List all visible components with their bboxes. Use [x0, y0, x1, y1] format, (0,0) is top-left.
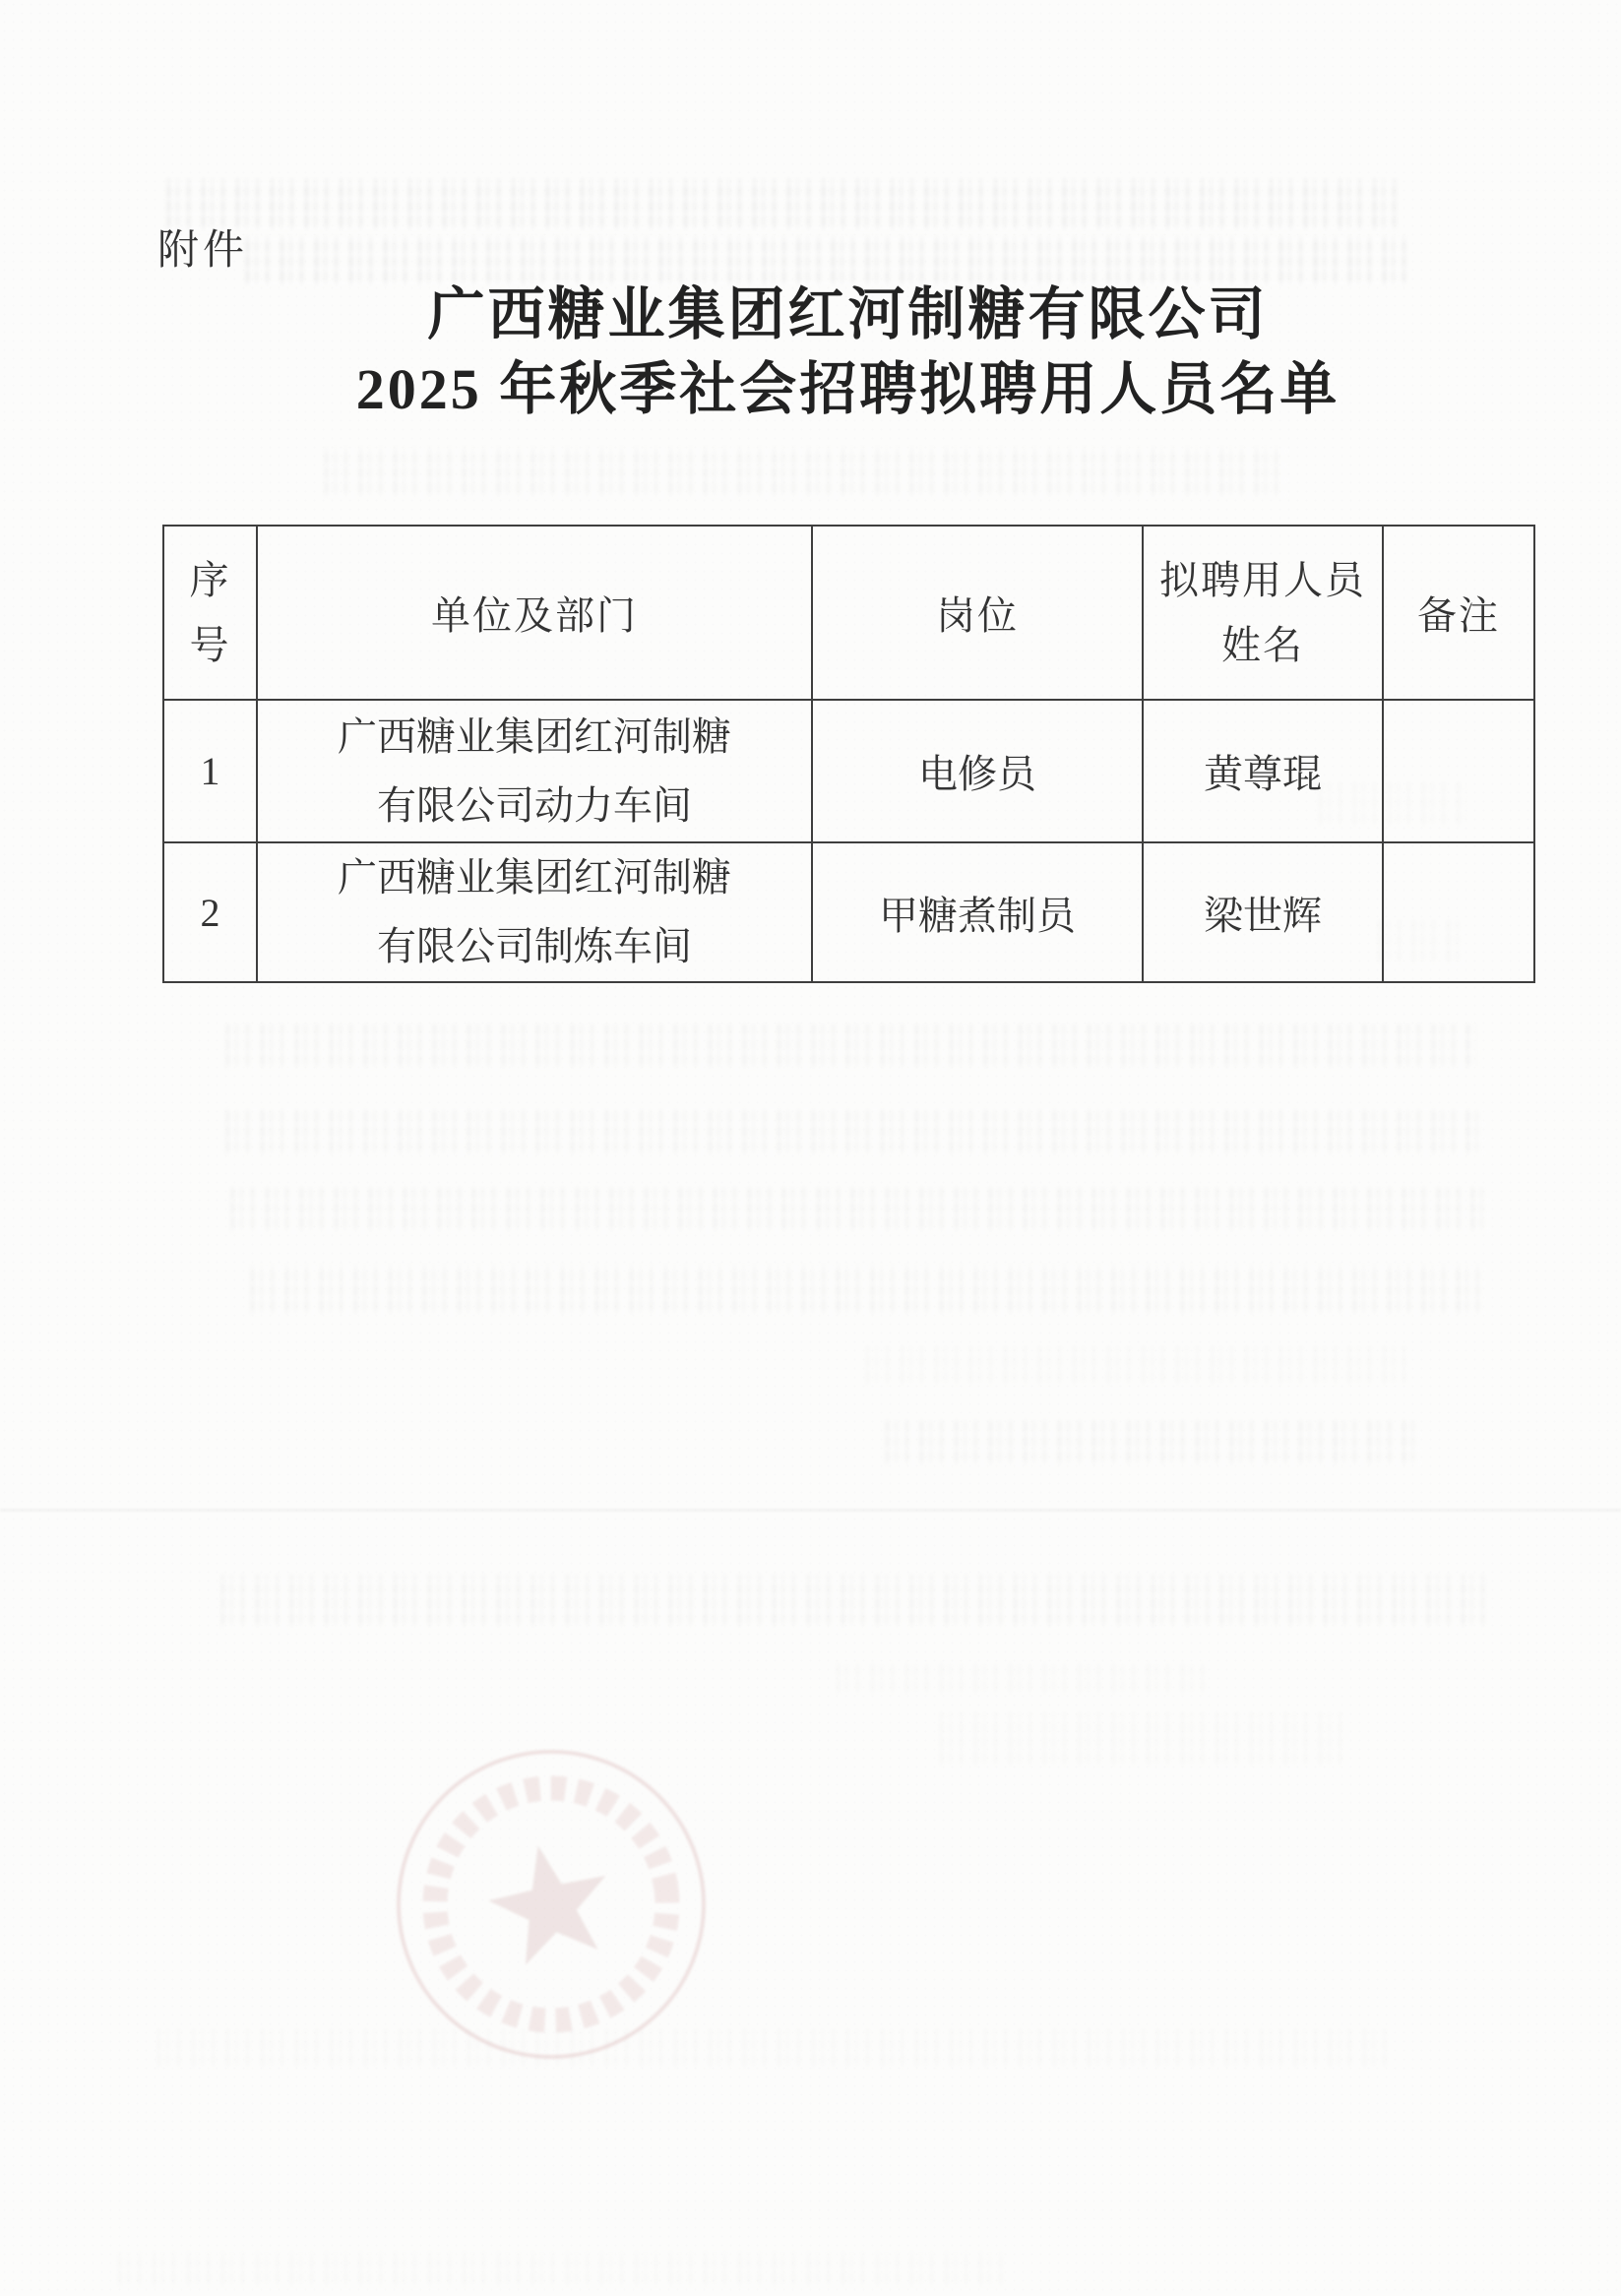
bleedthrough-band	[325, 448, 1289, 497]
unit-cell: 广西糖业集团红河制糖 有限公司动力车间	[257, 700, 812, 842]
company-seal-stamp	[389, 1742, 714, 2067]
bleedthrough-band	[226, 1108, 1486, 1155]
position-cell: 甲糖煮制员	[812, 842, 1143, 982]
bleedthrough-band	[837, 1661, 1211, 1695]
name-cell: 梁世辉	[1143, 842, 1383, 982]
header-cell-name: 拟聘用人员 姓名	[1143, 526, 1383, 700]
bleedthrough-band	[118, 2252, 1004, 2287]
header-cell-remark: 备注	[1383, 526, 1534, 700]
header-cell-unit: 单位及部门	[257, 526, 812, 700]
position-cell: 电修员	[812, 700, 1143, 842]
header-name-line1: 拟聘用人员	[1144, 548, 1382, 613]
bleedthrough-band	[231, 1187, 1491, 1232]
bleedthrough-band	[251, 1266, 1486, 1315]
scan-fold-line	[0, 1509, 1621, 1512]
unit-cell: 广西糖业集团红河制糖 有限公司制炼车间	[257, 842, 812, 982]
bleedthrough-band	[866, 1346, 1417, 1386]
index-cell: 2	[163, 842, 257, 982]
unit-line1: 广西糖业集团红河制糖	[258, 843, 811, 912]
table-row: 1 广西糖业集团红河制糖 有限公司动力车间 电修员 黄尊琨	[163, 700, 1534, 842]
bleedthrough-band	[167, 179, 1398, 230]
bleedthrough-band	[226, 1024, 1476, 1069]
attachment-label: 附件	[157, 217, 248, 277]
header-cell-position: 岗位	[812, 526, 1143, 700]
bleedthrough-band	[157, 2029, 1388, 2069]
name-cell: 黄尊琨	[1143, 700, 1383, 842]
header-index-line2: 号	[164, 613, 256, 678]
bleedthrough-band	[221, 1575, 1486, 1628]
header-cell-index: 序 号	[163, 526, 257, 700]
table-header-row: 序 号 单位及部门 岗位 拟聘用人员 姓名 备注	[163, 526, 1534, 700]
bleedthrough-band	[940, 1712, 1353, 1767]
unit-line2: 有限公司动力车间	[258, 772, 811, 840]
title-line-2: 2025 年秋季社会招聘拟聘用人员名单	[162, 352, 1533, 427]
header-index-line1: 序	[164, 548, 256, 613]
star-icon	[479, 1833, 620, 1970]
unit-line2: 有限公司制炼车间	[258, 912, 811, 981]
scanned-document-page: 附件 广西糖业集团红河制糖有限公司 2025 年秋季社会招聘拟聘用人员名单 序 …	[0, 0, 1621, 2296]
bleedthrough-band	[886, 1420, 1422, 1465]
page-title: 广西糖业集团红河制糖有限公司 2025 年秋季社会招聘拟聘用人员名单	[162, 278, 1533, 427]
remark-cell	[1383, 700, 1534, 842]
title-line-1: 广西糖业集团红河制糖有限公司	[162, 278, 1533, 352]
recruits-table: 序 号 单位及部门 岗位 拟聘用人员 姓名 备注 1	[162, 525, 1535, 983]
table-row: 2 广西糖业集团红河制糖 有限公司制炼车间 甲糖煮制员 梁世辉	[163, 842, 1534, 982]
unit-line1: 广西糖业集团红河制糖	[258, 703, 811, 772]
header-name-line2: 姓名	[1144, 613, 1382, 678]
recruits-table-wrapper: 序 号 单位及部门 岗位 拟聘用人员 姓名 备注 1	[162, 525, 1535, 983]
remark-cell	[1383, 842, 1534, 982]
index-cell: 1	[163, 700, 257, 842]
